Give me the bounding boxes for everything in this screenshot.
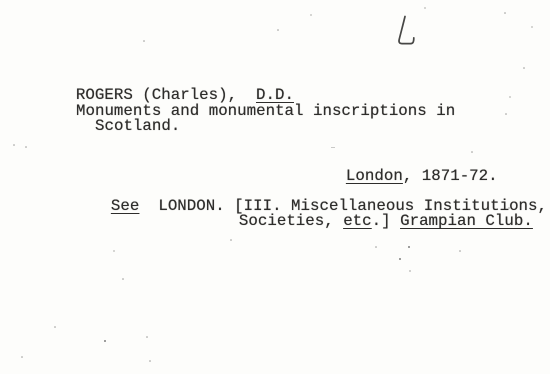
noise-speck <box>149 360 151 362</box>
noise-speck <box>122 278 124 280</box>
noise-speck <box>508 207 510 209</box>
noise-speck <box>408 246 410 248</box>
noise-speck <box>25 146 27 148</box>
noise-speck <box>104 340 106 342</box>
noise-speck <box>399 258 401 260</box>
noise-speck <box>531 26 533 28</box>
crossref-societies: Societies, <box>239 212 343 230</box>
noise-speck <box>146 336 148 338</box>
noise-speck <box>459 250 461 252</box>
catalog-card: ROGERS (Charles), D.D. Monuments and mon… <box>0 0 550 374</box>
noise-speck <box>331 147 335 148</box>
noise-speck <box>21 356 23 358</box>
noise-speck <box>54 326 56 328</box>
see-keyword: See <box>111 197 139 215</box>
noise-speck <box>277 29 279 31</box>
noise-speck <box>375 246 377 248</box>
noise-speck <box>143 40 145 42</box>
noise-speck <box>523 67 525 69</box>
noise-speck <box>471 151 473 153</box>
noise-speck <box>13 144 15 146</box>
crossref-etc: etc <box>343 212 371 230</box>
cross-reference-line-2: Societies, etc.] Grampian Club. <box>201 196 533 247</box>
noise-speck <box>504 12 506 14</box>
noise-speck <box>409 270 411 272</box>
crossref-bracket-close: .] <box>372 212 400 230</box>
noise-speck <box>230 239 232 241</box>
title-line-2: Scotland. <box>95 118 180 135</box>
noise-speck <box>505 113 507 115</box>
crossref-series: Grampian Club. <box>400 212 533 230</box>
handwritten-l-mark <box>391 13 419 50</box>
noise-speck <box>310 14 312 16</box>
noise-speck <box>509 96 511 98</box>
noise-speck <box>113 250 115 252</box>
noise-speck <box>424 7 426 9</box>
